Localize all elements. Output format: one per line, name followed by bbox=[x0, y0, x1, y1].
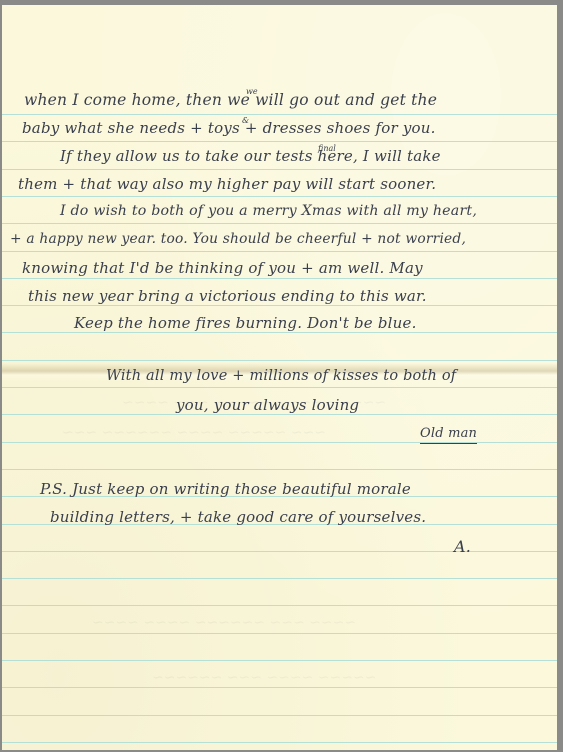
letter-line: this new year bring a victorious ending … bbox=[28, 287, 427, 305]
letter-line: I do wish to both of you a merry Xmas wi… bbox=[60, 203, 477, 219]
letter-line: baby what she needs + toys + dresses sho… bbox=[22, 119, 436, 137]
postscript-initial: A. bbox=[454, 537, 471, 556]
letter-page: ~~~~ ~~~~ ~~~~~~ ~~~ ~~~~ ~~~ ~~~~~ ~~~~… bbox=[2, 5, 557, 750]
postscript-line: P.S. Just keep on writing those beautifu… bbox=[40, 480, 411, 498]
closing-line: you, your always loving bbox=[176, 396, 359, 414]
signature: Old man bbox=[420, 426, 477, 444]
letter-line: + a happy new year. too. You should be c… bbox=[10, 231, 466, 247]
letter-line: knowing that I'd be thinking of you + am… bbox=[22, 259, 423, 277]
insertion-note: we bbox=[246, 87, 258, 96]
letter-line: them + that way also my higher pay will … bbox=[18, 175, 436, 193]
letter-line: when I come home, then we will go out an… bbox=[24, 91, 437, 109]
letter-body: when I come home, then we will go out an… bbox=[2, 5, 557, 750]
postscript-line: building letters, + take good care of yo… bbox=[50, 508, 426, 526]
letter-line: If they allow us to take our tests here,… bbox=[60, 147, 441, 165]
letter-line: Keep the home fires burning. Don't be bl… bbox=[74, 314, 417, 332]
insertion-note: final bbox=[318, 144, 336, 153]
closing-line: With all my love + millions of kisses to… bbox=[106, 368, 456, 384]
scan-frame: ~~~~ ~~~~ ~~~~~~ ~~~ ~~~~ ~~~ ~~~~~ ~~~~… bbox=[0, 0, 563, 752]
insertion-note: & bbox=[242, 116, 249, 125]
